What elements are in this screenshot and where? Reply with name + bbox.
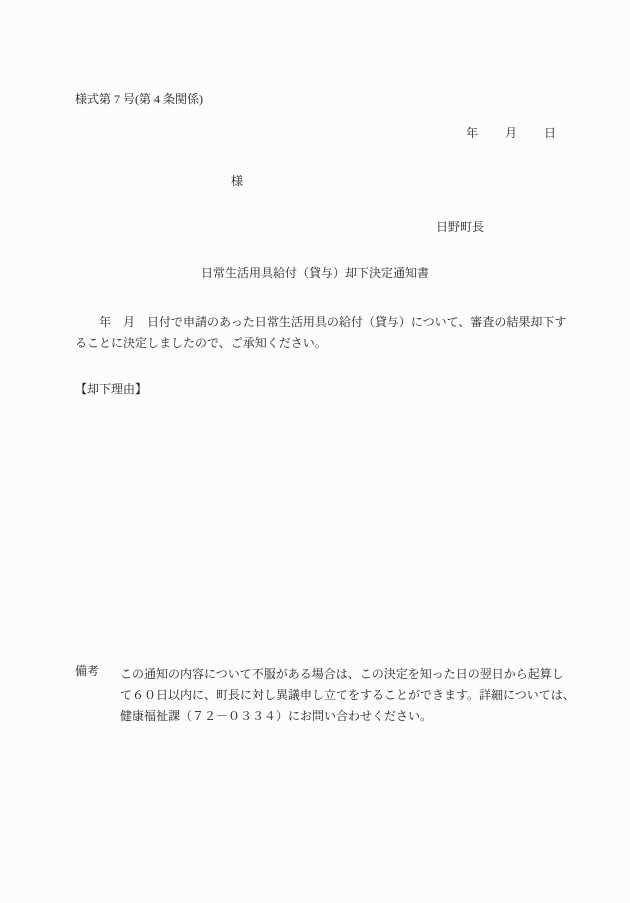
body-paragraph: 年 月 日付で申請のあった日常生活用具の給付（貸与）について、審査の結果却下す … — [75, 312, 566, 354]
rejection-reason-label: 【却下理由】 — [75, 382, 147, 396]
document-title: 日常生活用具給付（貸与）却下決定通知書 — [0, 266, 630, 281]
form-number: 様式第 7 号(第 4 条関係) — [75, 92, 203, 106]
body-line-2: ることに決定しましたので、ご承知ください。 — [75, 333, 566, 354]
document-page: 様式第 7 号(第 4 条関係) 年 月 日 様 日野町長 日常生活用具給付（貸… — [0, 0, 630, 903]
addressee-suffix: 様 — [231, 174, 243, 188]
remarks-paragraph: この通知の内容について不服がある場合は、この決定を知った日の翌日から起算し て６… — [120, 664, 575, 727]
remarks-label: 備考 — [75, 664, 99, 678]
remarks-line-2: て６０日以内に、町長に対し異議申し立てをすることができます。詳細については、 — [120, 685, 575, 706]
date-line: 年 月 日 — [466, 126, 557, 140]
remarks-line-3: 健康福祉課（７２－０３３４）にお問い合わせください。 — [120, 706, 575, 727]
sender-title: 日野町長 — [436, 220, 484, 234]
body-line-1: 年 月 日付で申請のあった日常生活用具の給付（貸与）について、審査の結果却下す — [75, 312, 566, 333]
remarks-line-1: この通知の内容について不服がある場合は、この決定を知った日の翌日から起算し — [120, 664, 575, 685]
